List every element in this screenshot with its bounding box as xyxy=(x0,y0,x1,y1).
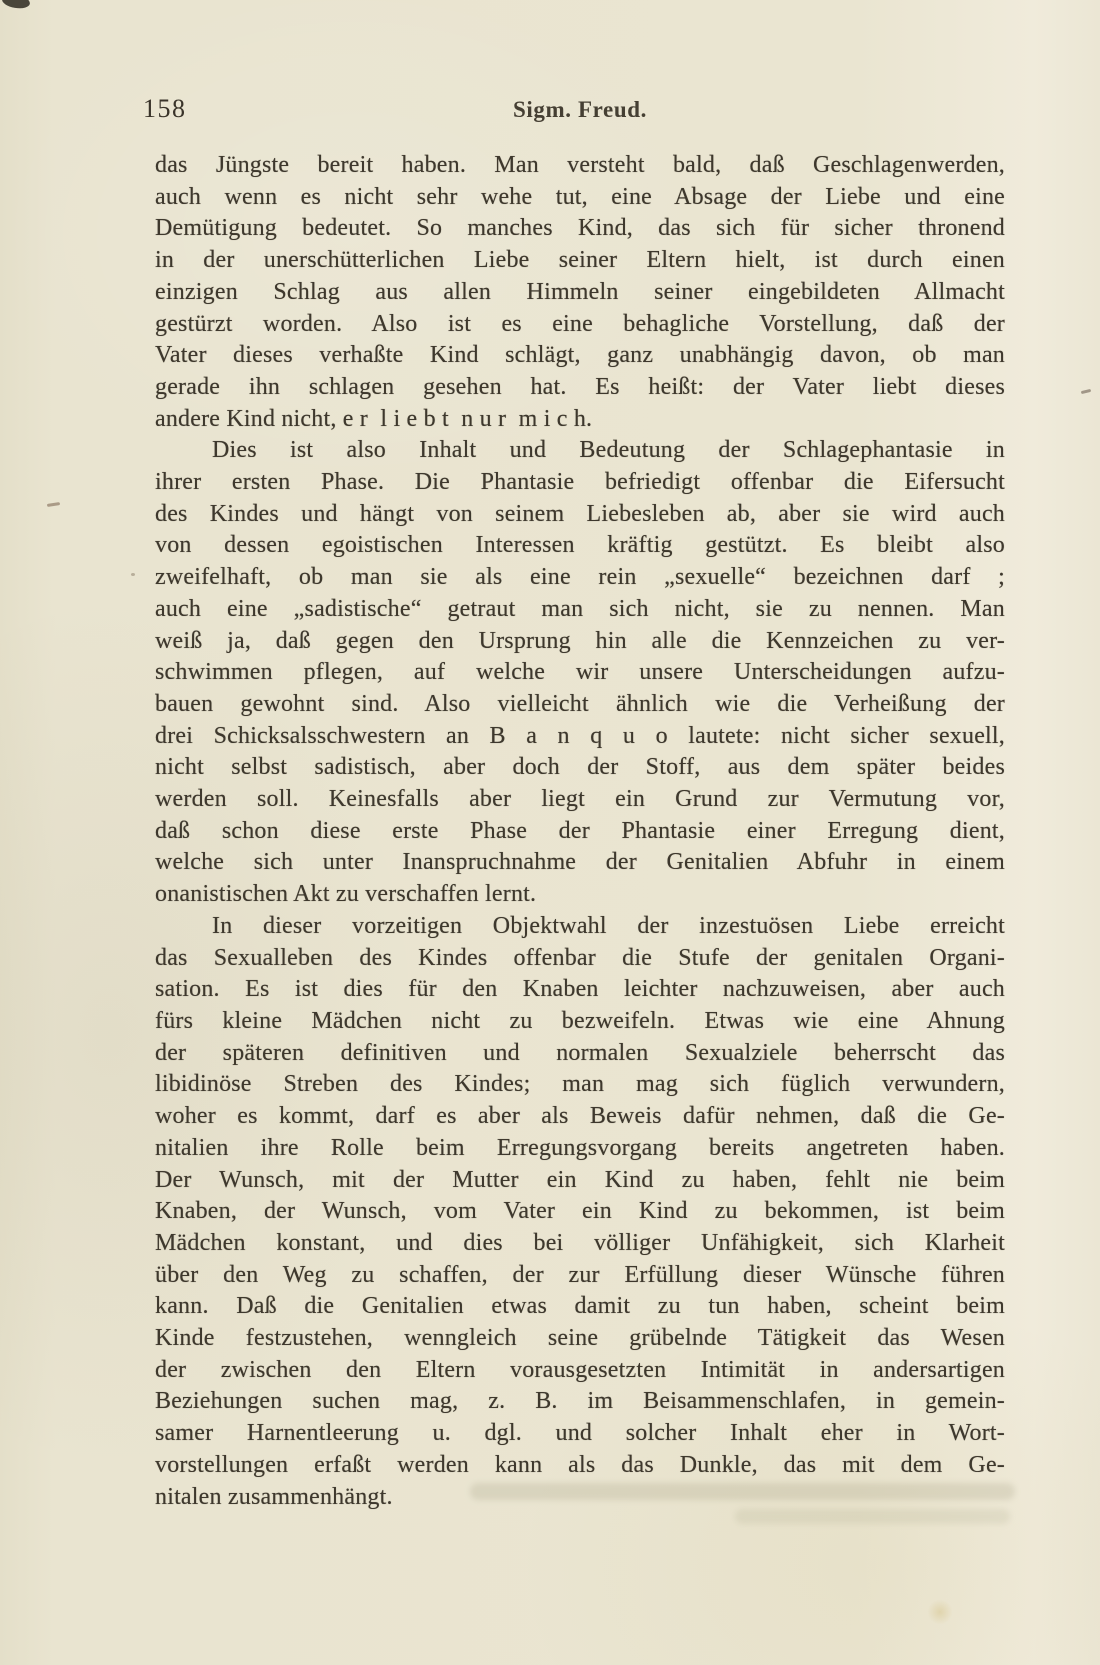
text-line: sation. Es ist dies für den Knaben leich… xyxy=(155,974,1005,1006)
text-line: vorstellungen erfaßt werden kann als das… xyxy=(155,1450,1005,1482)
text-line: gestürzt worden. Also ist es eine behagl… xyxy=(155,309,1005,341)
text-line: andere Kind nicht, e r l i e b t n u r m… xyxy=(155,404,1005,436)
text-line: daß schon diese erste Phase der Phantasi… xyxy=(155,816,1005,848)
text-line: onanistischen Akt zu verschaffen lernt. xyxy=(155,879,1005,911)
text-line: das Sexualleben des Kindes offenbar die … xyxy=(155,943,1005,975)
text-line: Mädchen konstant, und dies bei völliger … xyxy=(155,1228,1005,1260)
text-line: in der unerschütterlichen Liebe seiner E… xyxy=(155,245,1005,277)
text-line: schwimmen pflegen, auf welche wir unsere… xyxy=(155,657,1005,689)
text-line: der späteren definitiven und normalen Se… xyxy=(155,1038,1005,1070)
body-text: das Jüngste bereit haben. Man versteht b… xyxy=(155,150,1005,1513)
running-title: Sigm. Freud. xyxy=(155,97,1005,123)
text-line: das Jüngste bereit haben. Man versteht b… xyxy=(155,150,1005,182)
text-line: woher es kommt, darf es aber als Beweis … xyxy=(155,1101,1005,1133)
text-line: nitalen zusammenhängt. xyxy=(155,1482,1005,1514)
scanned-book-page: 158 Sigm. Freud. das Jüngste bereit habe… xyxy=(0,0,1100,1665)
text-line: werden soll. Keinesfalls aber liegt ein … xyxy=(155,784,1005,816)
text-line: über den Weg zu schaffen, der zur Erfüll… xyxy=(155,1260,1005,1292)
paper-speck xyxy=(131,573,135,576)
text-line: In dieser vorzeitigen Objektwahl der inz… xyxy=(155,911,1005,943)
ink-blot-corner xyxy=(1,0,31,10)
text-line: nitalien ihre Rolle beim Erregungsvorgan… xyxy=(155,1133,1005,1165)
text-line: Beziehungen suchen mag, z. B. im Beisamm… xyxy=(155,1386,1005,1418)
text-line: Vater dieses verhaßte Kind schlägt, ganz… xyxy=(155,340,1005,372)
text-line: Knaben, der Wunsch, vom Vater ein Kind z… xyxy=(155,1196,1005,1228)
text-line: libidinöse Streben des Kindes; man mag s… xyxy=(155,1069,1005,1101)
text-line: der zwischen den Eltern vorausgesetzten … xyxy=(155,1355,1005,1387)
text-line: Demütigung bedeutet. So manches Kind, da… xyxy=(155,213,1005,245)
text-line: Kinde festzustehen, wenngleich seine grü… xyxy=(155,1323,1005,1355)
text-line: einzigen Schlag aus allen Himmeln seiner… xyxy=(155,277,1005,309)
text-line: weiß ja, daß gegen den Ursprung hin alle… xyxy=(155,626,1005,658)
margin-mark xyxy=(47,502,60,507)
text-line: bauen gewohnt sind. Also vielleicht ähnl… xyxy=(155,689,1005,721)
text-line: samer Harnentleerung u. dgl. und solcher… xyxy=(155,1418,1005,1450)
text-line: von dessen egoistischen Interessen kräft… xyxy=(155,530,1005,562)
text-line: Dies ist also Inhalt und Bedeutung der S… xyxy=(155,435,1005,467)
text-line: welche sich unter Inanspruchnahme der Ge… xyxy=(155,847,1005,879)
text-line: gerade ihn schlagen gesehen hat. Es heiß… xyxy=(155,372,1005,404)
text-line: fürs kleine Mädchen nicht zu bezweifeln.… xyxy=(155,1006,1005,1038)
text-line: auch wenn es nicht sehr wehe tut, eine A… xyxy=(155,182,1005,214)
margin-mark-right xyxy=(1081,389,1091,394)
text-line: ihrer ersten Phase. Die Phantasie befrie… xyxy=(155,467,1005,499)
text-line: nicht selbst sadistisch, aber doch der S… xyxy=(155,752,1005,784)
text-line: kann. Daß die Genitalien etwas damit zu … xyxy=(155,1291,1005,1323)
text-line: des Kindes und hängt von seinem Liebesle… xyxy=(155,499,1005,531)
text-line: Der Wunsch, mit der Mutter ein Kind zu h… xyxy=(155,1165,1005,1197)
text-line: zweifelhaft, ob man sie als eine rein „s… xyxy=(155,562,1005,594)
text-line: auch eine „sadistische“ getraut man sich… xyxy=(155,594,1005,626)
text-line: drei Schicksalsschwestern an B a n q u o… xyxy=(155,721,1005,753)
